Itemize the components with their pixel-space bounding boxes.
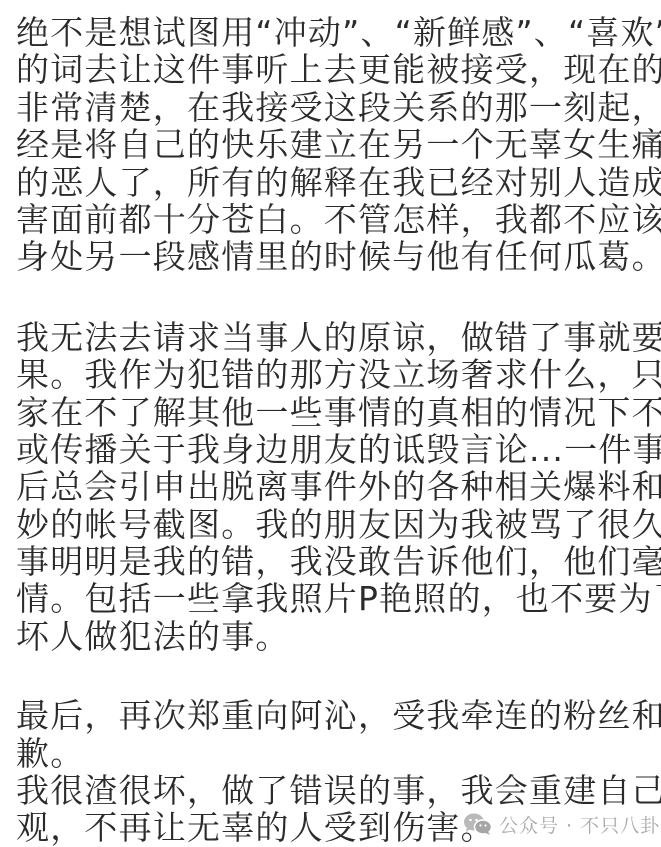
text-line: 经是将自己的快乐建立在另一个无辜女生痛苦之上 [16, 126, 646, 163]
document-body: 绝不是想试图用“冲动”、“新鲜感”、“喜欢”等飘渺 的词去让这件事听上去更能被接… [16, 14, 646, 847]
text-line: 的恶人了，所有的解释在我已经对别人造成过的伤 [16, 164, 646, 201]
wechat-icon [463, 812, 493, 836]
paragraph-2: 我无法去请求当事人的原谅，做错了事就要承担后 果。我作为犯错的那方没立场奢求什么… [16, 319, 646, 656]
text-line: 情。包括一些拿我照片P艳照的，也不要为了一个 [16, 580, 646, 617]
text-line: 坏人做犯法的事。 [16, 618, 646, 655]
text-line: 非常清楚，在我接受这段关系的那一刻起，我就已 [16, 89, 646, 126]
text-line: 后总会引申出脱离事件外的各种相关爆料和莫名其 [16, 468, 646, 505]
text-line: 绝不是想试图用“冲动”、“新鲜感”、“喜欢”等飘渺 [16, 14, 646, 51]
text-line: 我无法去请求当事人的原谅，做错了事就要承担后 [16, 319, 646, 356]
paragraph-spacer [16, 276, 646, 319]
paragraph-1: 绝不是想试图用“冲动”、“新鲜感”、“喜欢”等飘渺 的词去让这件事听上去更能被接… [16, 14, 646, 276]
text-line: 事明明是我的错，我没敢告诉他们，他们毫不知 [16, 543, 646, 580]
text-line: 妙的帐号截图。我的朋友因为我被骂了很久，这件 [16, 506, 646, 543]
watermark-text: 公众号 · 不只八卦 [499, 811, 660, 838]
watermark: 公众号 · 不只八卦 [463, 809, 660, 839]
text-line: 我很渣很坏，做了错误的事，我会重建自己的道德 [16, 772, 646, 809]
text-line: 身处另一段感情里的时候与他有任何瓜葛。 [16, 238, 646, 275]
text-line: 害面前都十分苍白。不管怎样，我都不应该在他还 [16, 201, 646, 238]
paragraph-spacer [16, 655, 646, 697]
text-line: 歉。 [16, 735, 646, 772]
text-line: 最后，再次郑重向阿沁，受我牵连的粉丝和朋友道 [16, 697, 646, 734]
text-line: 果。我作为犯错的那方没立场奢求什么，只希望大 [16, 356, 646, 393]
text-line: 家在不了解其他一些事情的真相的情况下不要相信 [16, 394, 646, 431]
text-line: 或传播关于我身边朋友的诋毁言论...一件事被关注 [16, 431, 646, 468]
text-line: 的词去让这件事听上去更能被接受，现在的我想得 [16, 51, 646, 88]
